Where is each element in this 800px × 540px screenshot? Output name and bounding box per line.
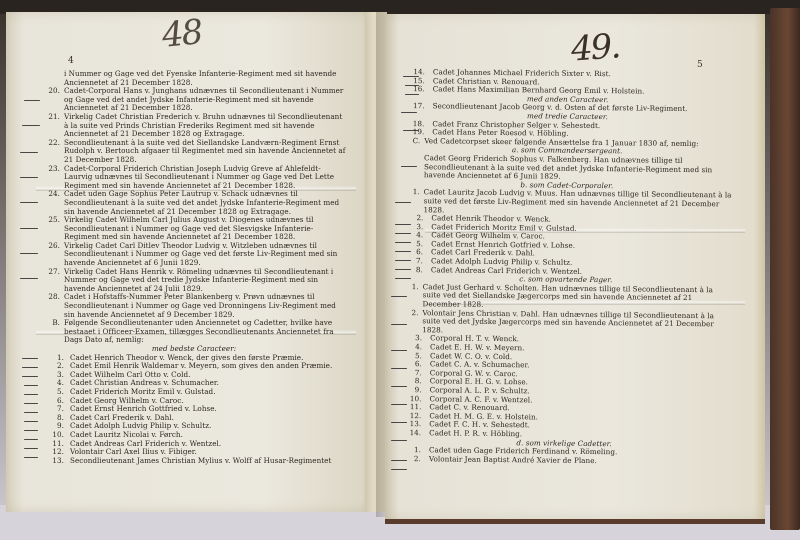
pencil-mark (22, 376, 38, 377)
list-item: 13.Secondlieutenant James Christian Myli… (42, 457, 346, 466)
entry: 26.Virkelig Cadet Carl Ditlev Theodor Lu… (42, 242, 346, 268)
pencil-mark (20, 228, 38, 229)
pencil-mark (391, 469, 407, 470)
pencil-mark (24, 412, 38, 413)
left-page: 48 4 i Nummer og Gage ved det Fyenske In… (6, 12, 376, 512)
page-number-left: 4 (68, 56, 74, 66)
pencil-mark (22, 367, 38, 368)
entry: Cadet Georg Friderich Sophus v. Falkenbe… (402, 154, 732, 183)
entry: 25.Virkelig Cadet Wilhelm Carl Julius Au… (42, 216, 346, 242)
pencil-mark (24, 394, 38, 395)
pencil-mark (24, 385, 38, 386)
right-page: 49. 5 14.Cadet Johannes Michael Frideric… (385, 14, 765, 524)
pencil-mark (22, 125, 40, 126)
entry: 20.Cadet-Corporal Hans v. Junghans udnæv… (42, 87, 346, 113)
pencil-mark (24, 448, 38, 449)
pencil-mark (24, 403, 38, 404)
entry: i Nummer og Gage ved det Fyenske Infante… (42, 70, 346, 87)
pencil-mark (24, 439, 38, 440)
entry: 21.Virkelig Cadet Christian Frederich v.… (42, 113, 346, 139)
entry: 28.Cadet i Hofstaffs-Nummer Peter Blanke… (42, 293, 346, 319)
pencil-mark (24, 421, 38, 422)
entry: 23.Cadet-Corporal Friderich Christian Jo… (42, 165, 346, 191)
entry: 24.Cadet uden Gage Sophus Peter Lautrup … (42, 190, 346, 216)
pencil-mark (22, 358, 38, 359)
pencil-mark (20, 202, 38, 203)
left-page-text: i Nummer og Gage ved det Fyenske Infante… (42, 70, 346, 465)
pencil-mark (20, 177, 38, 178)
pencil-mark (24, 457, 38, 458)
pencil-mark (20, 278, 38, 279)
pencil-mark (20, 253, 38, 254)
page-number-right: 5 (697, 60, 703, 70)
book-cover-right (770, 8, 800, 530)
pencil-mark (24, 100, 40, 101)
pencil-mark (20, 152, 38, 153)
right-page-text: 14.Cadet Johannes Michael Friderich Sixt… (399, 68, 733, 467)
handwritten-folio-right: 49. (570, 26, 621, 69)
pencil-mark (24, 430, 38, 431)
handwritten-folio-left: 48 (160, 12, 203, 56)
entry: 27.Virkelig Cadet Hans Henrik v. Römelin… (42, 268, 346, 294)
entry: 22.Secondlieutenant à la suite ved det S… (42, 139, 346, 165)
section-b: B.Følgende Secondlieutenanter uden Ancie… (42, 319, 346, 345)
